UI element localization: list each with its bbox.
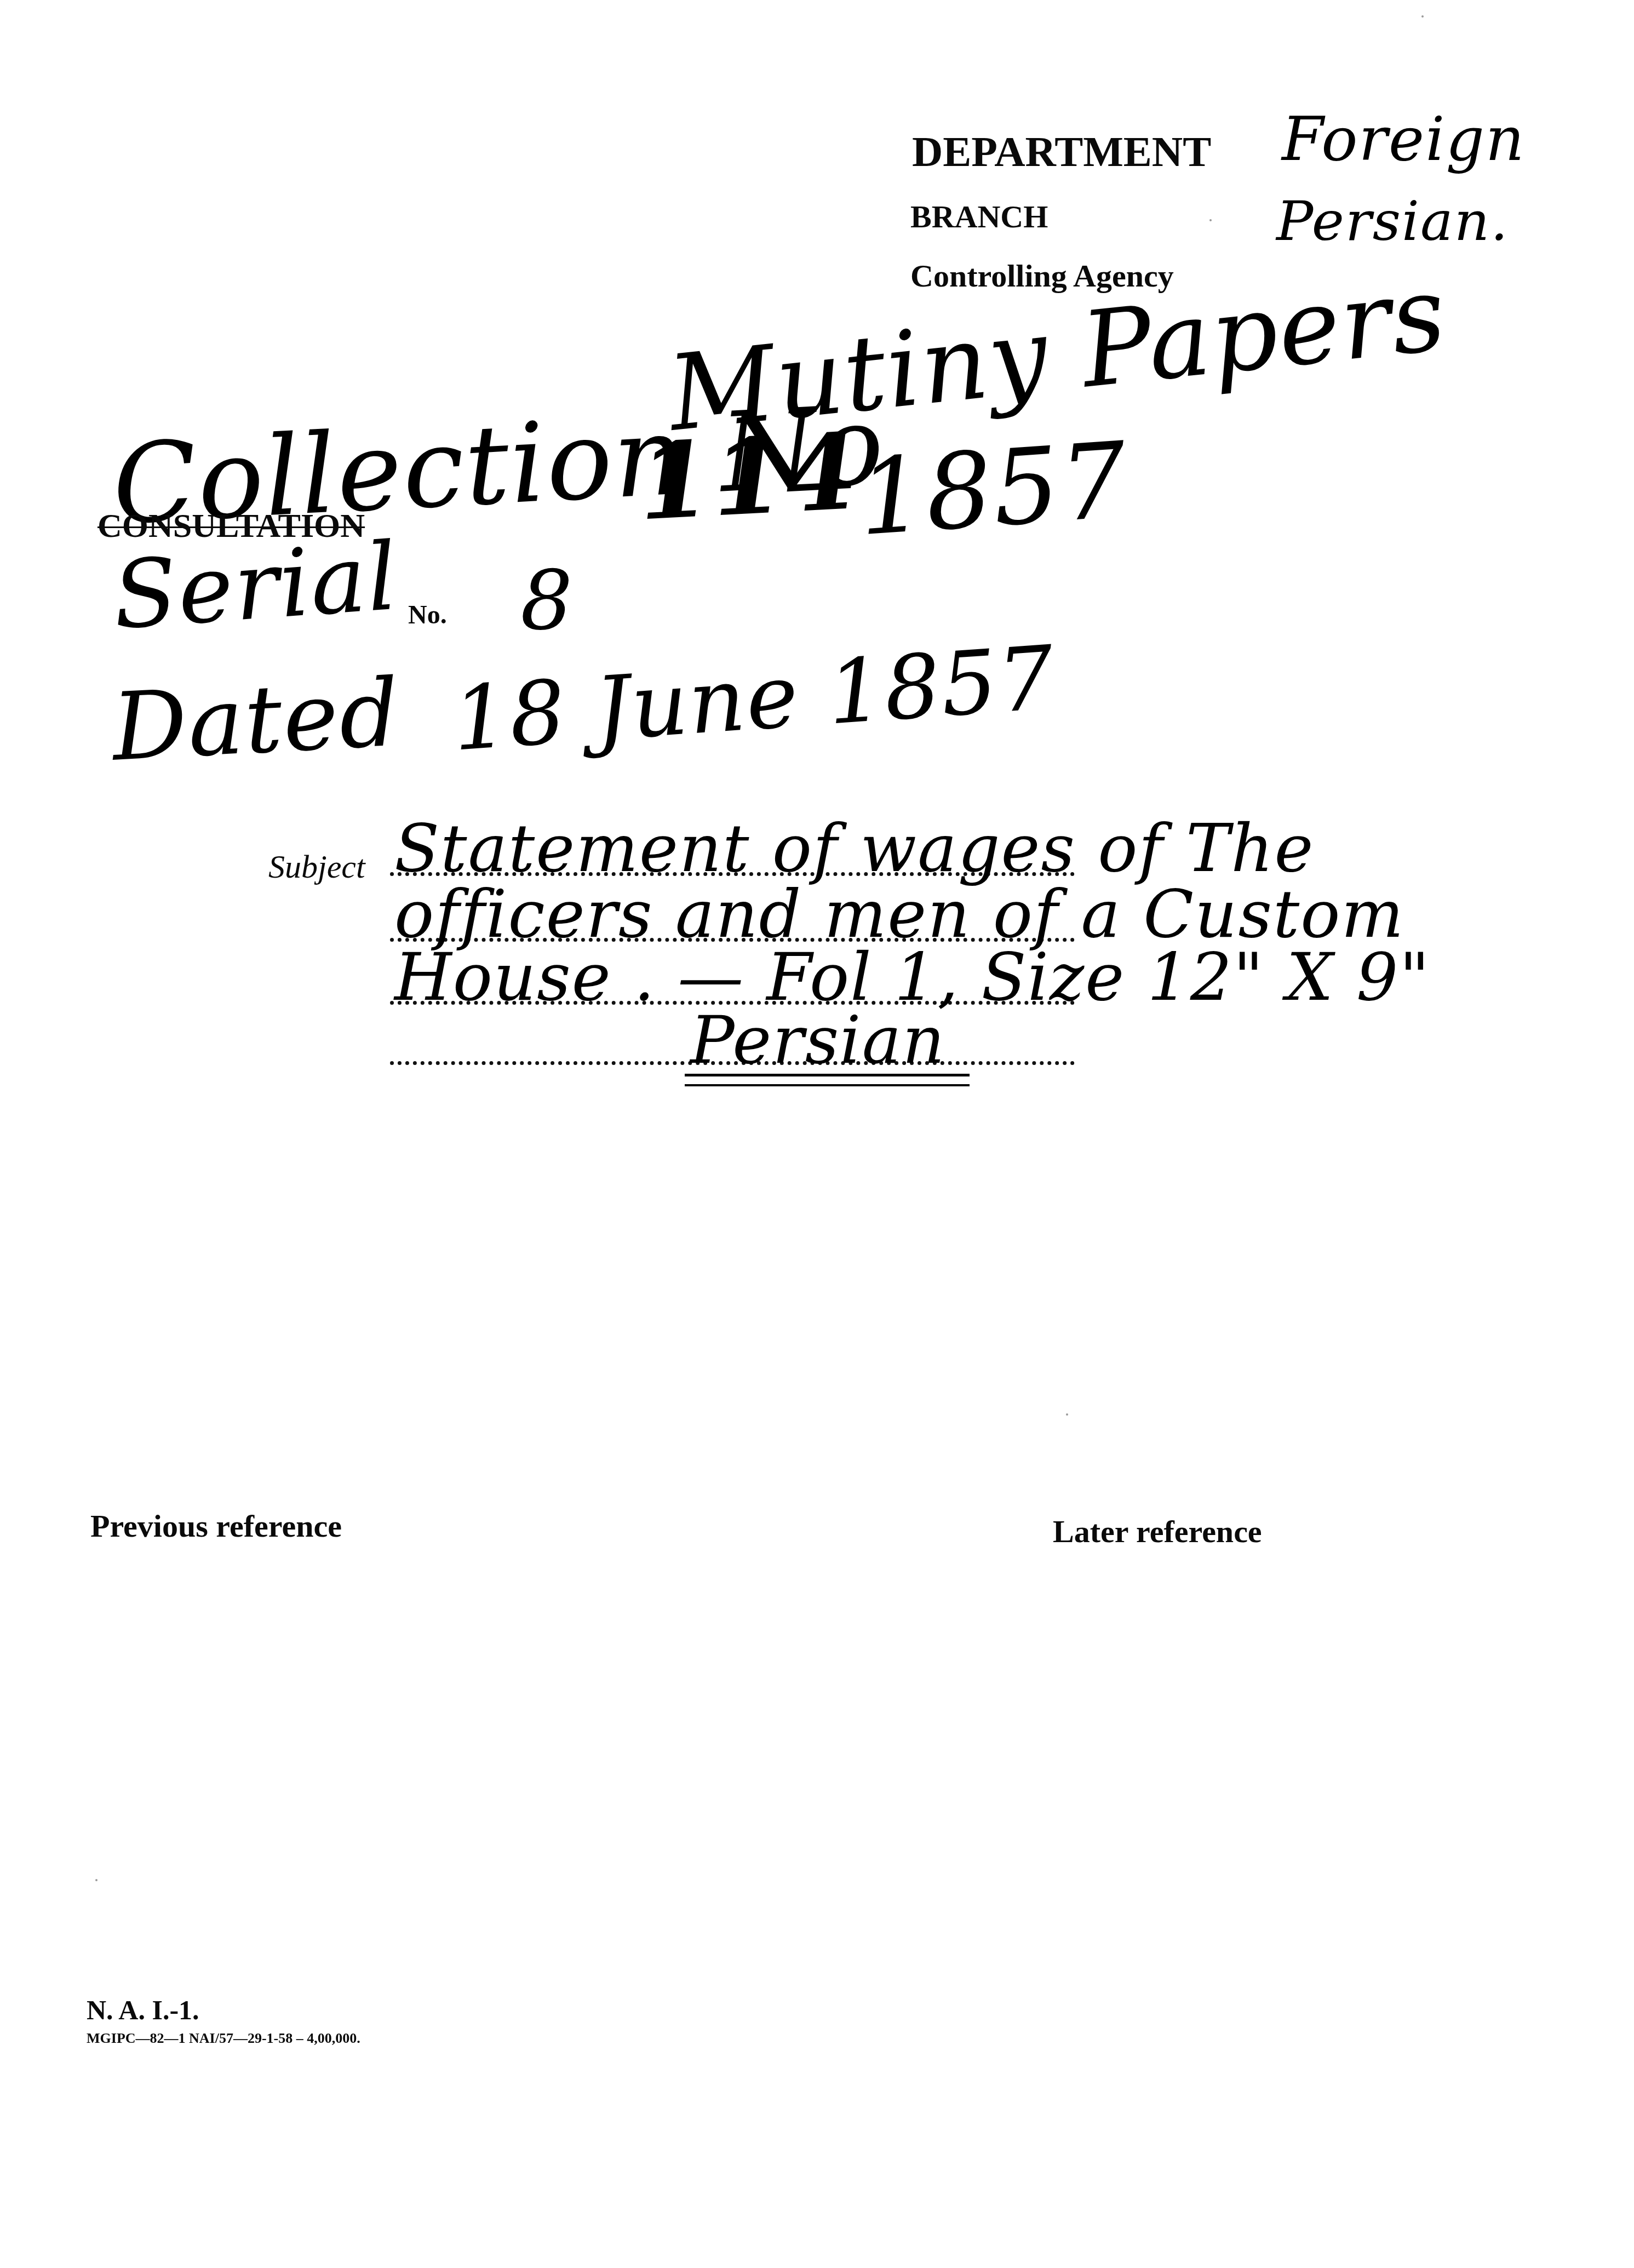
serial-number: 8 bbox=[520, 553, 574, 649]
subject-line-4: Persian bbox=[690, 1003, 946, 1079]
collection-year: 1857 bbox=[855, 420, 1132, 559]
print-line: MGIPC—82—1 NAI/57—29-1-58 – 4,00,000. bbox=[87, 2030, 360, 2047]
scan-speck bbox=[1421, 15, 1424, 18]
persian-double-underline bbox=[685, 1074, 970, 1086]
previous-reference-label: Previous reference bbox=[90, 1508, 342, 1544]
scan-speck bbox=[1066, 1413, 1068, 1416]
serial-label: Serial bbox=[110, 523, 402, 651]
department-value: Foreign bbox=[1282, 104, 1526, 174]
department-label: DEPARTMENT bbox=[912, 127, 1211, 176]
branch-label: BRANCH bbox=[910, 198, 1048, 235]
subject-line-1: Statement of wages of The bbox=[394, 811, 1314, 887]
scan-speck bbox=[1209, 219, 1212, 221]
form-code: N. A. I.-1. bbox=[87, 1994, 199, 2026]
collection-number: 114 bbox=[635, 410, 862, 544]
subject-label: Subject bbox=[268, 848, 365, 886]
serial-no-label: No. bbox=[408, 600, 447, 630]
branch-value: Persian. bbox=[1276, 189, 1509, 253]
scan-speck bbox=[95, 1879, 98, 1881]
dated-label: Dated bbox=[110, 659, 403, 782]
later-reference-label: Later reference bbox=[1053, 1513, 1262, 1550]
